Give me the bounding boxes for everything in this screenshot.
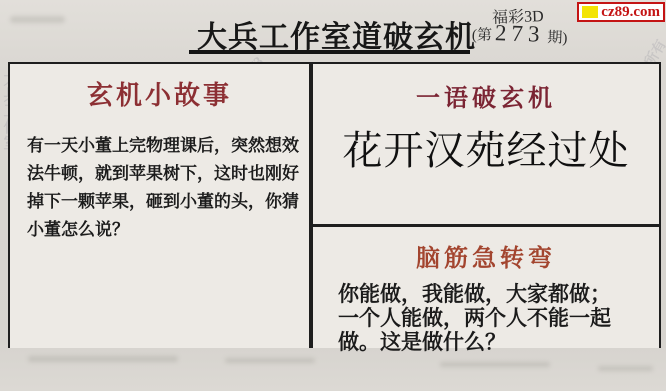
story-panel-title: 玄机小故事: [10, 75, 309, 112]
story-text: 有一天小董上完物理课后，突然想效 法牛顿，就到苹果树下，这时也刚好 掉下一颗苹果…: [27, 132, 303, 244]
scan-smudge: [598, 366, 653, 371]
scan-smudge: [10, 16, 65, 23]
mystery-phrase: 花开汉苑经过处: [313, 119, 659, 176]
issue-open: (第: [472, 27, 493, 44]
right-panel: 一语破玄机 花开汉苑经过处 脑筋急转弯 你能做，我能做，大家都做； 一个人能做，…: [311, 62, 661, 348]
lottery-chart-page: 大兵工作室 2773.53 2773.1043 QQ·2773 版权所有 大兵工…: [0, 0, 666, 391]
site-logo: cz89.com: [577, 2, 665, 22]
title-underline: [189, 50, 470, 54]
riddle-section: 脑筋急转弯 你能做，我能做，大家都做； 一个人能做，两个人不能一起 做。这是做什…: [313, 238, 659, 354]
story-line: 法牛顿，就到苹果树下，这时也刚好: [27, 160, 303, 188]
story-line: 有一天小董上完物理课后，突然想效: [27, 132, 303, 160]
logo-square-icon: [582, 6, 598, 18]
riddle-line: 你能做，我能做，大家都做；: [338, 282, 653, 306]
issue-close: 期): [547, 30, 568, 47]
issue-label: (第273期): [472, 19, 568, 48]
scan-smudge: [225, 358, 315, 363]
story-line: 掉下一颗苹果，砸到小董的头，你猜: [27, 188, 303, 216]
story-line: 小董怎么说？: [27, 216, 303, 244]
riddle-section-title: 脑筋急转弯: [313, 238, 659, 273]
issue-number: 273: [492, 20, 548, 47]
story-panel: 玄机小故事 有一天小董上完物理课后，突然想效 法牛顿，就到苹果树下，这时也刚好 …: [8, 62, 311, 348]
phrase-section: 一语破玄机 花开汉苑经过处: [313, 78, 659, 227]
riddle-text: 你能做，我能做，大家都做； 一个人能做，两个人不能一起 做。这是做什么？: [338, 282, 653, 354]
scan-smudge: [28, 356, 178, 362]
site-logo-text: cz89.com: [601, 5, 660, 20]
riddle-line: 做。这是做什么？: [338, 330, 653, 354]
phrase-section-title: 一语破玄机: [313, 78, 659, 113]
scan-smudge: [440, 362, 550, 367]
riddle-line: 一个人能做，两个人不能一起: [338, 306, 653, 330]
